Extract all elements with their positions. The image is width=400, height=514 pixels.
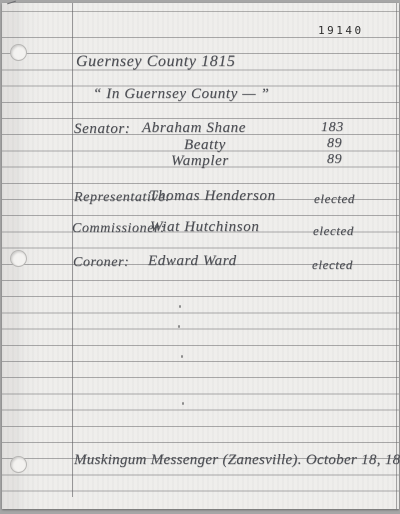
pencil-speck [178, 325, 180, 328]
result-text: elected [312, 257, 353, 273]
quoted-heading: “ In Guernsey County — ” [93, 86, 269, 103]
candidate-name: Wampler [171, 153, 229, 170]
punch-hole-bottom [10, 456, 27, 473]
pencil-speck [179, 305, 181, 308]
left-margin-line [72, 3, 73, 497]
office-label-coroner: Coroner: [73, 255, 129, 271]
right-margin-line [396, 3, 397, 509]
scanned-document-page: 19140 Guernsey County 1815 “ In Guernsey… [0, 0, 400, 514]
punch-hole-middle [10, 250, 27, 267]
candidate-name: Edward Ward [148, 253, 237, 270]
candidate-name: Wiat Hutchinson [150, 219, 259, 236]
candidate-name: Thomas Henderson [149, 188, 276, 205]
catalog-number-stamp: 19140 [318, 24, 364, 37]
candidate-name: Beatty [184, 137, 226, 154]
candidate-name: Abraham Shane [142, 120, 246, 137]
pencil-speck [181, 355, 183, 358]
vote-count: 89 [327, 136, 342, 152]
pencil-speck [182, 402, 184, 405]
page-heading: Guernsey County 1815 [76, 53, 236, 71]
ruled-line-top [2, 11, 399, 12]
vote-count: 89 [327, 152, 342, 168]
vote-count: 183 [321, 120, 344, 136]
office-label-senator: Senator: [74, 121, 130, 138]
source-citation: Muskingum Messenger (Zanesville). Octobe… [74, 452, 400, 469]
result-text: elected [313, 223, 354, 239]
punch-hole-top [10, 44, 27, 61]
result-text: elected [314, 191, 355, 207]
